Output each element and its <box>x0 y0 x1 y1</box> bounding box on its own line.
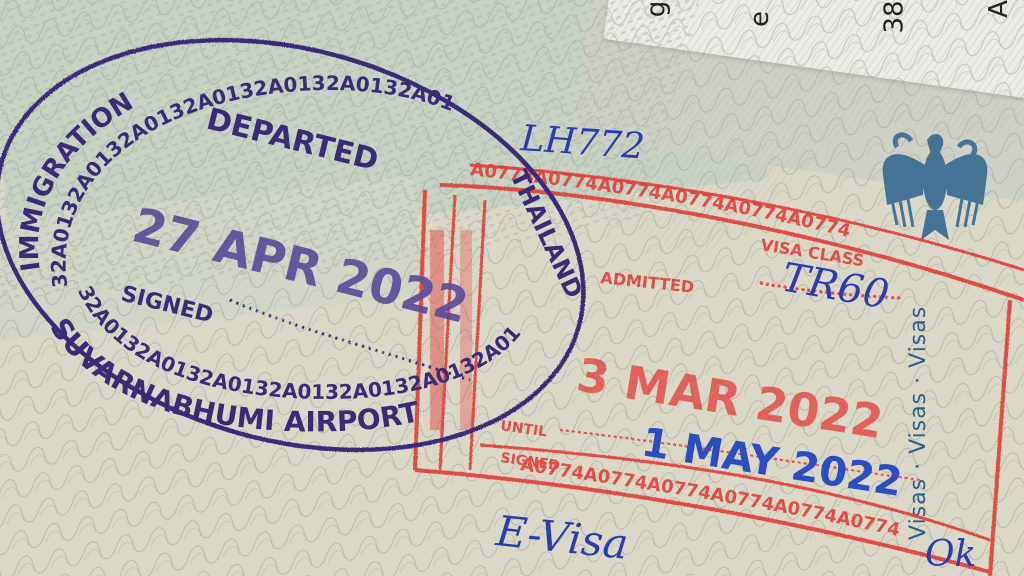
visas-watermark: Visas · Visas · Visas <box>906 306 931 540</box>
eagle-emblem-icon <box>883 134 988 240</box>
until-label: UNTIL <box>499 418 548 440</box>
admitted-label: ADMITTED <box>600 268 695 297</box>
signature: Ok <box>925 534 976 575</box>
e-visa-note: E-Visa <box>493 506 631 569</box>
passport-page-photo: g e 38 A <box>0 0 1024 576</box>
stamps-layer: Visas · Visas · Visas A0774A0774A0774A07… <box>0 0 1024 576</box>
departure-stamp-text: IMMIGRATION 32A0132A0132A0132A0132A0132A… <box>15 71 588 439</box>
visa-class-handwritten: TR60 <box>778 255 892 319</box>
departed-label: DEPARTED <box>203 102 382 178</box>
signed-label: SIGNED <box>119 282 216 329</box>
flight-number: LH772 <box>518 118 646 168</box>
